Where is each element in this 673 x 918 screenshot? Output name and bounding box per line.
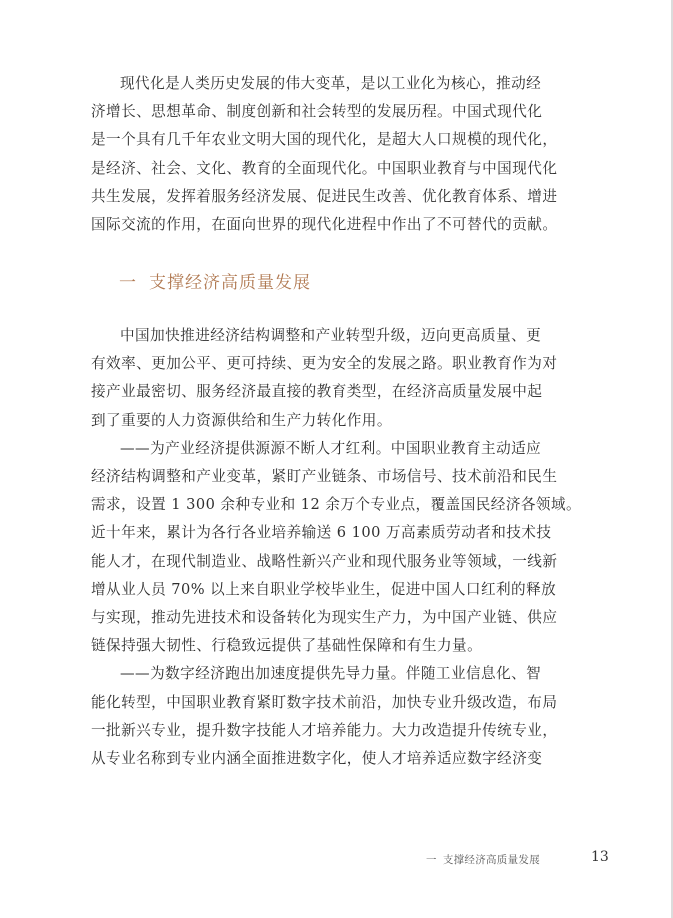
text-line: 链保持强大韧性、行稳致远提供了基础性保障和有生力量。 — [91, 632, 561, 660]
section-body: 中国加快推进经济结构调整和产业转型升级，迈向更高质量、更 有效率、更加公平、更可… — [91, 322, 561, 773]
paragraph-2: ——为产业经济提供源源不断人才红利。中国职业教育主动适应 经济结构调整和产业变革… — [91, 435, 561, 661]
text-line: 到了重要的人力资源供给和生产力转化作用。 — [91, 407, 561, 435]
text-line: 经济结构调整和产业变革，紧盯产业链条、市场信号、技术前沿和民生 — [91, 463, 561, 491]
text-line: 一批新兴专业，提升数字技能人才培养能力。大力改造提升传统专业， — [91, 717, 561, 745]
text-line: 能人才，在现代制造业、战略性新兴产业和现代服务业等领域，一线新 — [91, 548, 561, 576]
text-line: 是一个具有几千年农业文明大国的现代化，是超大人口规模的现代化， — [91, 126, 561, 154]
text-line: 济增长、思想革命、制度创新和社会转型的发展历程。中国式现代化 — [91, 98, 561, 126]
text-line: 能化转型，中国职业教育紧盯数字技术前沿，加快专业升级改造，布局 — [91, 689, 561, 717]
text-line: 增从业人员 70% 以上来自职业学校毕业生，促进中国人口红利的释放 — [91, 576, 561, 604]
footer-section-title: 支撑经济高质量发展 — [443, 854, 540, 866]
text-line: ——为产业经济提供源源不断人才红利。中国职业教育主动适应 — [91, 435, 561, 463]
text-line: 是经济、社会、文化、教育的全面现代化。中国职业教育与中国现代化 — [91, 155, 561, 183]
text-line: 共生发展，发挥着服务经济发展、促进民生改善、优化教育体系、增进 — [91, 183, 561, 211]
text-line: 有效率、更加公平、更可持续、更为安全的发展之路。职业教育作为对 — [91, 350, 561, 378]
paragraph: 现代化是人类历史发展的伟大变革，是以工业化为核心，推动经 济增长、思想革命、制度… — [91, 70, 561, 239]
paragraph-3: ——为数字经济跑出加速度提供先导力量。伴随工业信息化、智 能化转型，中国职业教育… — [91, 660, 561, 773]
text-line: 国际交流的作用，在面向世界的现代化进程中作出了不可替代的贡献。 — [91, 211, 561, 239]
paragraph-1: 中国加快推进经济结构调整和产业转型升级，迈向更高质量、更 有效率、更加公平、更可… — [91, 322, 561, 435]
page-footer: 一支撑经济高质量发展 13 — [0, 852, 671, 872]
section-heading: 一支撑经济高质量发展 — [119, 268, 311, 293]
text-line: 从专业名称到专业内涵全面推进数字化，使人才培养适应数字经济变 — [91, 745, 561, 773]
page-number: 13 — [591, 849, 609, 865]
section-number: 一 — [119, 273, 137, 293]
running-footer: 一支撑经济高质量发展 — [426, 852, 540, 867]
footer-section-number: 一 — [426, 854, 437, 866]
text-line: 与实现，推动先进技术和设备转化为现实生产力，为中国产业链、供应 — [91, 604, 561, 632]
text-line: ——为数字经济跑出加速度提供先导力量。伴随工业信息化、智 — [91, 660, 561, 688]
text-line: 现代化是人类历史发展的伟大变革，是以工业化为核心，推动经 — [91, 70, 561, 98]
document-page: 现代化是人类历史发展的伟大变革，是以工业化为核心，推动经 济增长、思想革命、制度… — [0, 0, 673, 918]
text-line: 接产业最密切、服务经济最直接的教育类型，在经济高质量发展中起 — [91, 378, 561, 406]
intro-paragraph: 现代化是人类历史发展的伟大变革，是以工业化为核心，推动经 济增长、思想革命、制度… — [91, 70, 561, 239]
text-line: 需求，设置 1 300 余种专业和 12 余万个专业点，覆盖国民经济各领域。 — [91, 491, 561, 519]
section-title: 支撑经济高质量发展 — [149, 273, 311, 293]
text-line: 近十年来，累计为各行各业培养输送 6 100 万高素质劳动者和技术技 — [91, 519, 561, 547]
text-line: 中国加快推进经济结构调整和产业转型升级，迈向更高质量、更 — [91, 322, 561, 350]
